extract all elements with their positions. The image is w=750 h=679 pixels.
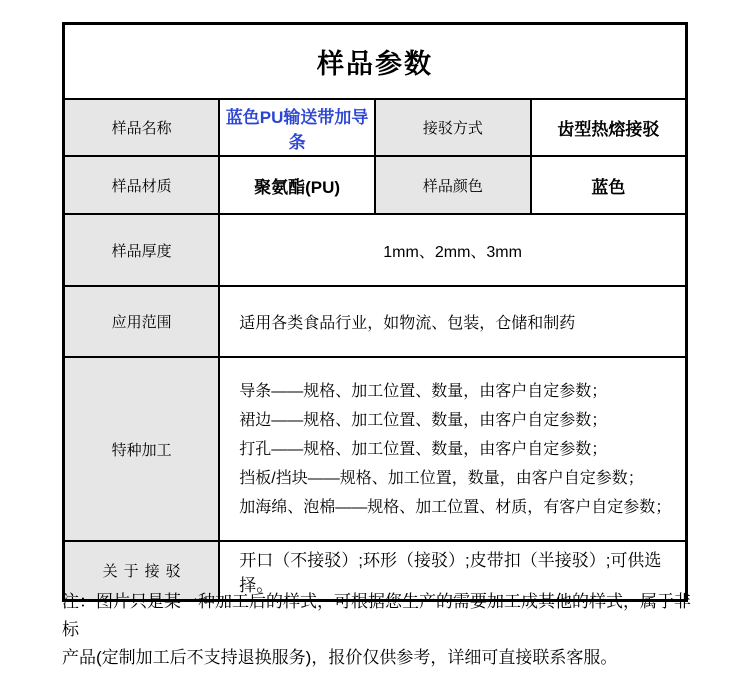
footnote-line: 注：图片只是某一种加工后的样式，可根据您生产的需要加工成其他的样式，属于非标 <box>62 588 702 644</box>
table-title-cell: 样品参数 <box>64 24 687 100</box>
page-title: 样品参数 <box>317 49 433 79</box>
label-sample-color: 样品颜色 <box>375 156 531 214</box>
label-joint-method: 接驳方式 <box>375 99 531 156</box>
table-row: 应用范围 适用各类食品行业，如物流、包装，仓储和制药 <box>64 286 687 357</box>
special-processing-line: 打孔——规格、加工位置、数量，由客户自定参数； <box>239 435 677 464</box>
table-row: 样品材质 聚氨酯(PU) 样品颜色 蓝色 <box>64 156 687 214</box>
label-sample-thickness: 样品厚度 <box>64 214 220 286</box>
special-processing-line: 导条——规格、加工位置、数量，由客户自定参数； <box>239 377 677 406</box>
value-sample-color: 蓝色 <box>531 156 687 214</box>
table-row: 样品名称 蓝色PU输送带加导条 接驳方式 齿型热熔接驳 <box>64 99 687 156</box>
value-sample-thickness: 1mm、2mm、3mm <box>219 214 686 286</box>
label-special-processing: 特种加工 <box>64 357 220 541</box>
spec-table: 样品参数 样品名称 蓝色PU输送带加导条 接驳方式 齿型热熔接驳 样品材质 聚氨… <box>62 22 688 602</box>
footnote-line: 产品(定制加工后不支持退换服务)，报价仅供参考，详细可直接联系客服。 <box>62 644 702 672</box>
product-spec-sheet: 样品参数 样品名称 蓝色PU输送带加导条 接驳方式 齿型热熔接驳 样品材质 聚氨… <box>0 0 750 679</box>
label-sample-name: 样品名称 <box>64 99 220 156</box>
value-sample-name: 蓝色PU输送带加导条 <box>219 99 375 156</box>
label-sample-material: 样品材质 <box>64 156 220 214</box>
table-row: 特种加工 导条——规格、加工位置、数量，由客户自定参数； 裙边——规格、加工位置… <box>64 357 687 541</box>
table-title-row: 样品参数 <box>64 24 687 100</box>
special-processing-line: 挡板/挡块——规格、加工位置，数量，由客户自定参数； <box>239 464 677 493</box>
value-special-processing: 导条——规格、加工位置、数量，由客户自定参数； 裙边——规格、加工位置、数量，由… <box>219 357 686 541</box>
special-processing-line: 加海绵、泡棉——规格、加工位置、材质，有客户自定参数； <box>239 493 677 522</box>
value-joint-method: 齿型热熔接驳 <box>531 99 687 156</box>
footnote: 注：图片只是某一种加工后的样式，可根据您生产的需要加工成其他的样式，属于非标 产… <box>62 588 702 672</box>
table-row: 样品厚度 1mm、2mm、3mm <box>64 214 687 286</box>
value-sample-material: 聚氨酯(PU) <box>219 156 375 214</box>
special-processing-line: 裙边——规格、加工位置、数量，由客户自定参数； <box>239 406 677 435</box>
label-application-range: 应用范围 <box>64 286 220 357</box>
value-application-range: 适用各类食品行业，如物流、包装，仓储和制药 <box>219 286 686 357</box>
